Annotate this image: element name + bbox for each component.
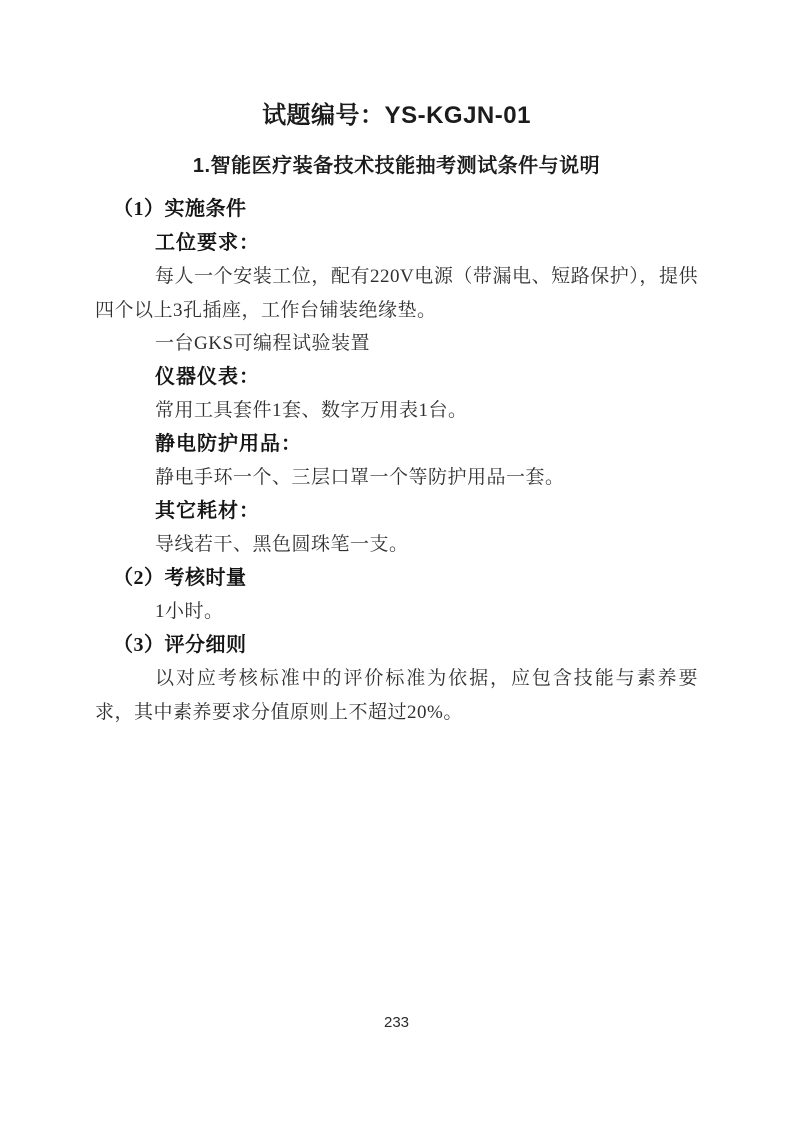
- paragraph: 常用工具套件1套、数字万用表1台。: [95, 394, 698, 428]
- section-heading-3: （3）评分细则: [113, 629, 698, 663]
- paragraph: 每人一个安装工位，配有220V电源（带漏电、短路保护），提供四个以上3孔插座，工…: [95, 260, 698, 327]
- subheading-workstation: 工位要求：: [155, 227, 698, 261]
- document-page: 试题编号：YS-KGJN-01 1.智能医疗装备技术技能抽考测试条件与说明 （1…: [0, 0, 793, 1122]
- paragraph: 一台GKS可编程试验装置: [95, 327, 698, 361]
- paragraph: 导线若干、黑色圆珠笔一支。: [95, 528, 698, 562]
- subheading-esd-supplies: 静电防护用品：: [155, 428, 698, 462]
- paragraph: 以对应考核标准中的评价标准为依据，应包含技能与素养要求，其中素养要求分值原则上不…: [95, 662, 698, 729]
- doc-body: （1）实施条件 工位要求： 每人一个安装工位，配有220V电源（带漏电、短路保护…: [0, 180, 793, 729]
- section-heading-1: （1）实施条件: [113, 193, 698, 227]
- section-heading-2: （2）考核时量: [113, 562, 698, 596]
- subheading-instruments: 仪器仪表：: [155, 361, 698, 395]
- paragraph: 静电手环一个、三层口罩一个等防护用品一套。: [95, 461, 698, 495]
- doc-heading: 1.智能医疗装备技术技能抽考测试条件与说明: [0, 131, 793, 180]
- doc-title: 试题编号：YS-KGJN-01: [0, 0, 793, 131]
- paragraph: 1小时。: [95, 595, 698, 629]
- page-number: 233: [0, 1013, 793, 1033]
- subheading-other-consumables: 其它耗材：: [155, 495, 698, 529]
